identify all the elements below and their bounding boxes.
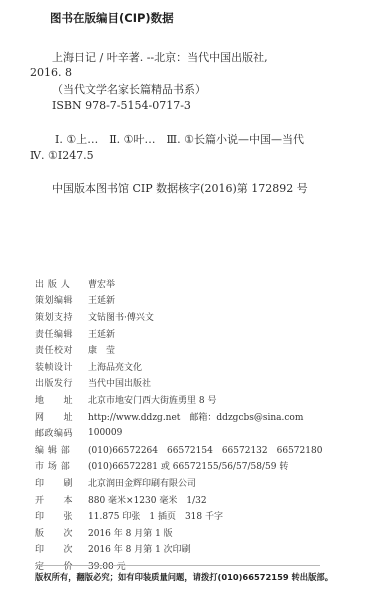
imprint-label: 出版发行 <box>35 376 88 389</box>
imprint-value: 100009 <box>88 428 365 438</box>
cip-isbn-line: ISBN 978-7-5154-0717-3 <box>52 99 191 112</box>
cip-classification-number: Ⅳ. ①I247.5 <box>30 149 94 162</box>
imprint-row-sheets: 印 张11.875 印张 1 插页 318 千字 <box>35 507 365 524</box>
imprint-label: 责任校对 <box>35 343 88 356</box>
imprint-row-printer: 印 刷北京润田金辉印刷有限公司 <box>35 474 365 491</box>
imprint-label: 市 场 部 <box>35 459 88 472</box>
imprint-value: 北京润田金辉印刷有限公司 <box>88 476 365 489</box>
imprint-label: 策划编辑 <box>35 293 88 306</box>
imprint-value: 上海品亮文化 <box>88 360 365 373</box>
imprint-value: 王延新 <box>88 293 365 306</box>
imprint-row-editorial-dept: 编 辑 部(010)66572264 66572154 66572132 665… <box>35 441 365 458</box>
imprint-value: 王延新 <box>88 327 365 340</box>
imprint-row-proofreader: 责任校对康 莹 <box>35 341 365 358</box>
cip-date-line: 2016. 8 <box>30 66 72 79</box>
imprint-row-responsible-editor: 责任编辑王延新 <box>35 325 365 342</box>
imprint-label: 印 刷 <box>35 476 88 489</box>
imprint-label: 装帧设计 <box>35 360 88 373</box>
imprint-row-distribution: 出版发行当代中国出版社 <box>35 375 365 392</box>
imprint-value: 曹宏举 <box>88 277 365 290</box>
imprint-label: 策划支持 <box>35 310 88 323</box>
imprint-row-planning-support: 策划支持文钻图书·傅兴文 <box>35 308 365 325</box>
imprint-label: 出 版 人 <box>35 277 88 290</box>
cip-series-line: （当代文学名家长篇精品书系） <box>52 81 206 97</box>
imprint-row-planning-editor: 策划编辑王延新 <box>35 292 365 309</box>
imprint-value: 2016 年 8 月第 1 版 <box>88 526 365 539</box>
imprint-value: 2016 年 8 月第 1 次印刷 <box>88 542 365 555</box>
imprint-label: 责任编辑 <box>35 327 88 340</box>
imprint-label: 版 次 <box>35 526 88 539</box>
imprint-value: 文钻图书·傅兴文 <box>88 310 365 323</box>
imprint-label: 印 张 <box>35 509 88 522</box>
copyright-notice: 版权所有，翻版必究；如有印装质量问题，请拨打(010)66572159 转出版部… <box>35 571 333 583</box>
cip-heading: 图书在版编目(CIP)数据 <box>50 10 174 26</box>
imprint-row-printing: 印 次2016 年 8 月第 1 次印刷 <box>35 541 365 558</box>
imprint-row-edition: 版 次2016 年 8 月第 1 版 <box>35 524 365 541</box>
imprint-label: 印 次 <box>35 542 88 555</box>
cip-verification-number: 中国版本图书馆 CIP 数据核字(2016)第 172892 号 <box>52 180 308 196</box>
imprint-value: (010)66572264 66572154 66572132 66572180 <box>88 443 365 456</box>
imprint-value: http://www.ddzg.net 邮箱：ddzgcbs@sina.com <box>88 410 365 423</box>
imprint-label: 编 辑 部 <box>35 443 88 456</box>
imprint-row-publisher: 出 版 人曹宏举 <box>35 275 365 292</box>
imprint-row-website: 网 址http://www.ddzg.net 邮箱：ddzgcbs@sina.c… <box>35 408 365 425</box>
imprint-label: 邮政编码 <box>35 426 88 439</box>
imprint-row-format: 开 本880 毫米×1230 毫米 1/32 <box>35 491 365 508</box>
imprint-value: 11.875 印张 1 插页 318 千字 <box>88 509 365 522</box>
imprint-label: 网 址 <box>35 410 88 423</box>
imprint-row-postal-code: 邮政编码100009 <box>35 424 365 441</box>
cip-title-line: 上海日记 / 叶辛著. --北京：当代中国出版社, <box>52 49 268 65</box>
imprint-table: 出 版 人曹宏举 策划编辑王延新 策划支持文钻图书·傅兴文 责任编辑王延新 责任… <box>35 275 365 574</box>
imprint-label: 开 本 <box>35 493 88 506</box>
imprint-row-marketing-dept: 市 场 部(010)66572281 或 66572155/56/57/58/5… <box>35 458 365 475</box>
separator-line <box>35 565 320 566</box>
imprint-label: 地 址 <box>35 393 88 406</box>
imprint-value: 康 莹 <box>88 343 365 356</box>
imprint-value: 北京市地安门西大街旌勇里 8 号 <box>88 393 365 406</box>
imprint-value: (010)66572281 或 66572155/56/57/58/59 转 <box>88 459 365 472</box>
cip-classification-line: Ⅰ. ①上… Ⅱ. ①叶… Ⅲ. ①长篇小说—中国—当代 <box>55 131 304 147</box>
imprint-value: 当代中国出版社 <box>88 376 365 389</box>
imprint-row-address: 地 址北京市地安门西大街旌勇里 8 号 <box>35 391 365 408</box>
imprint-row-design: 装帧设计上海品亮文化 <box>35 358 365 375</box>
imprint-value: 880 毫米×1230 毫米 1/32 <box>88 493 365 506</box>
